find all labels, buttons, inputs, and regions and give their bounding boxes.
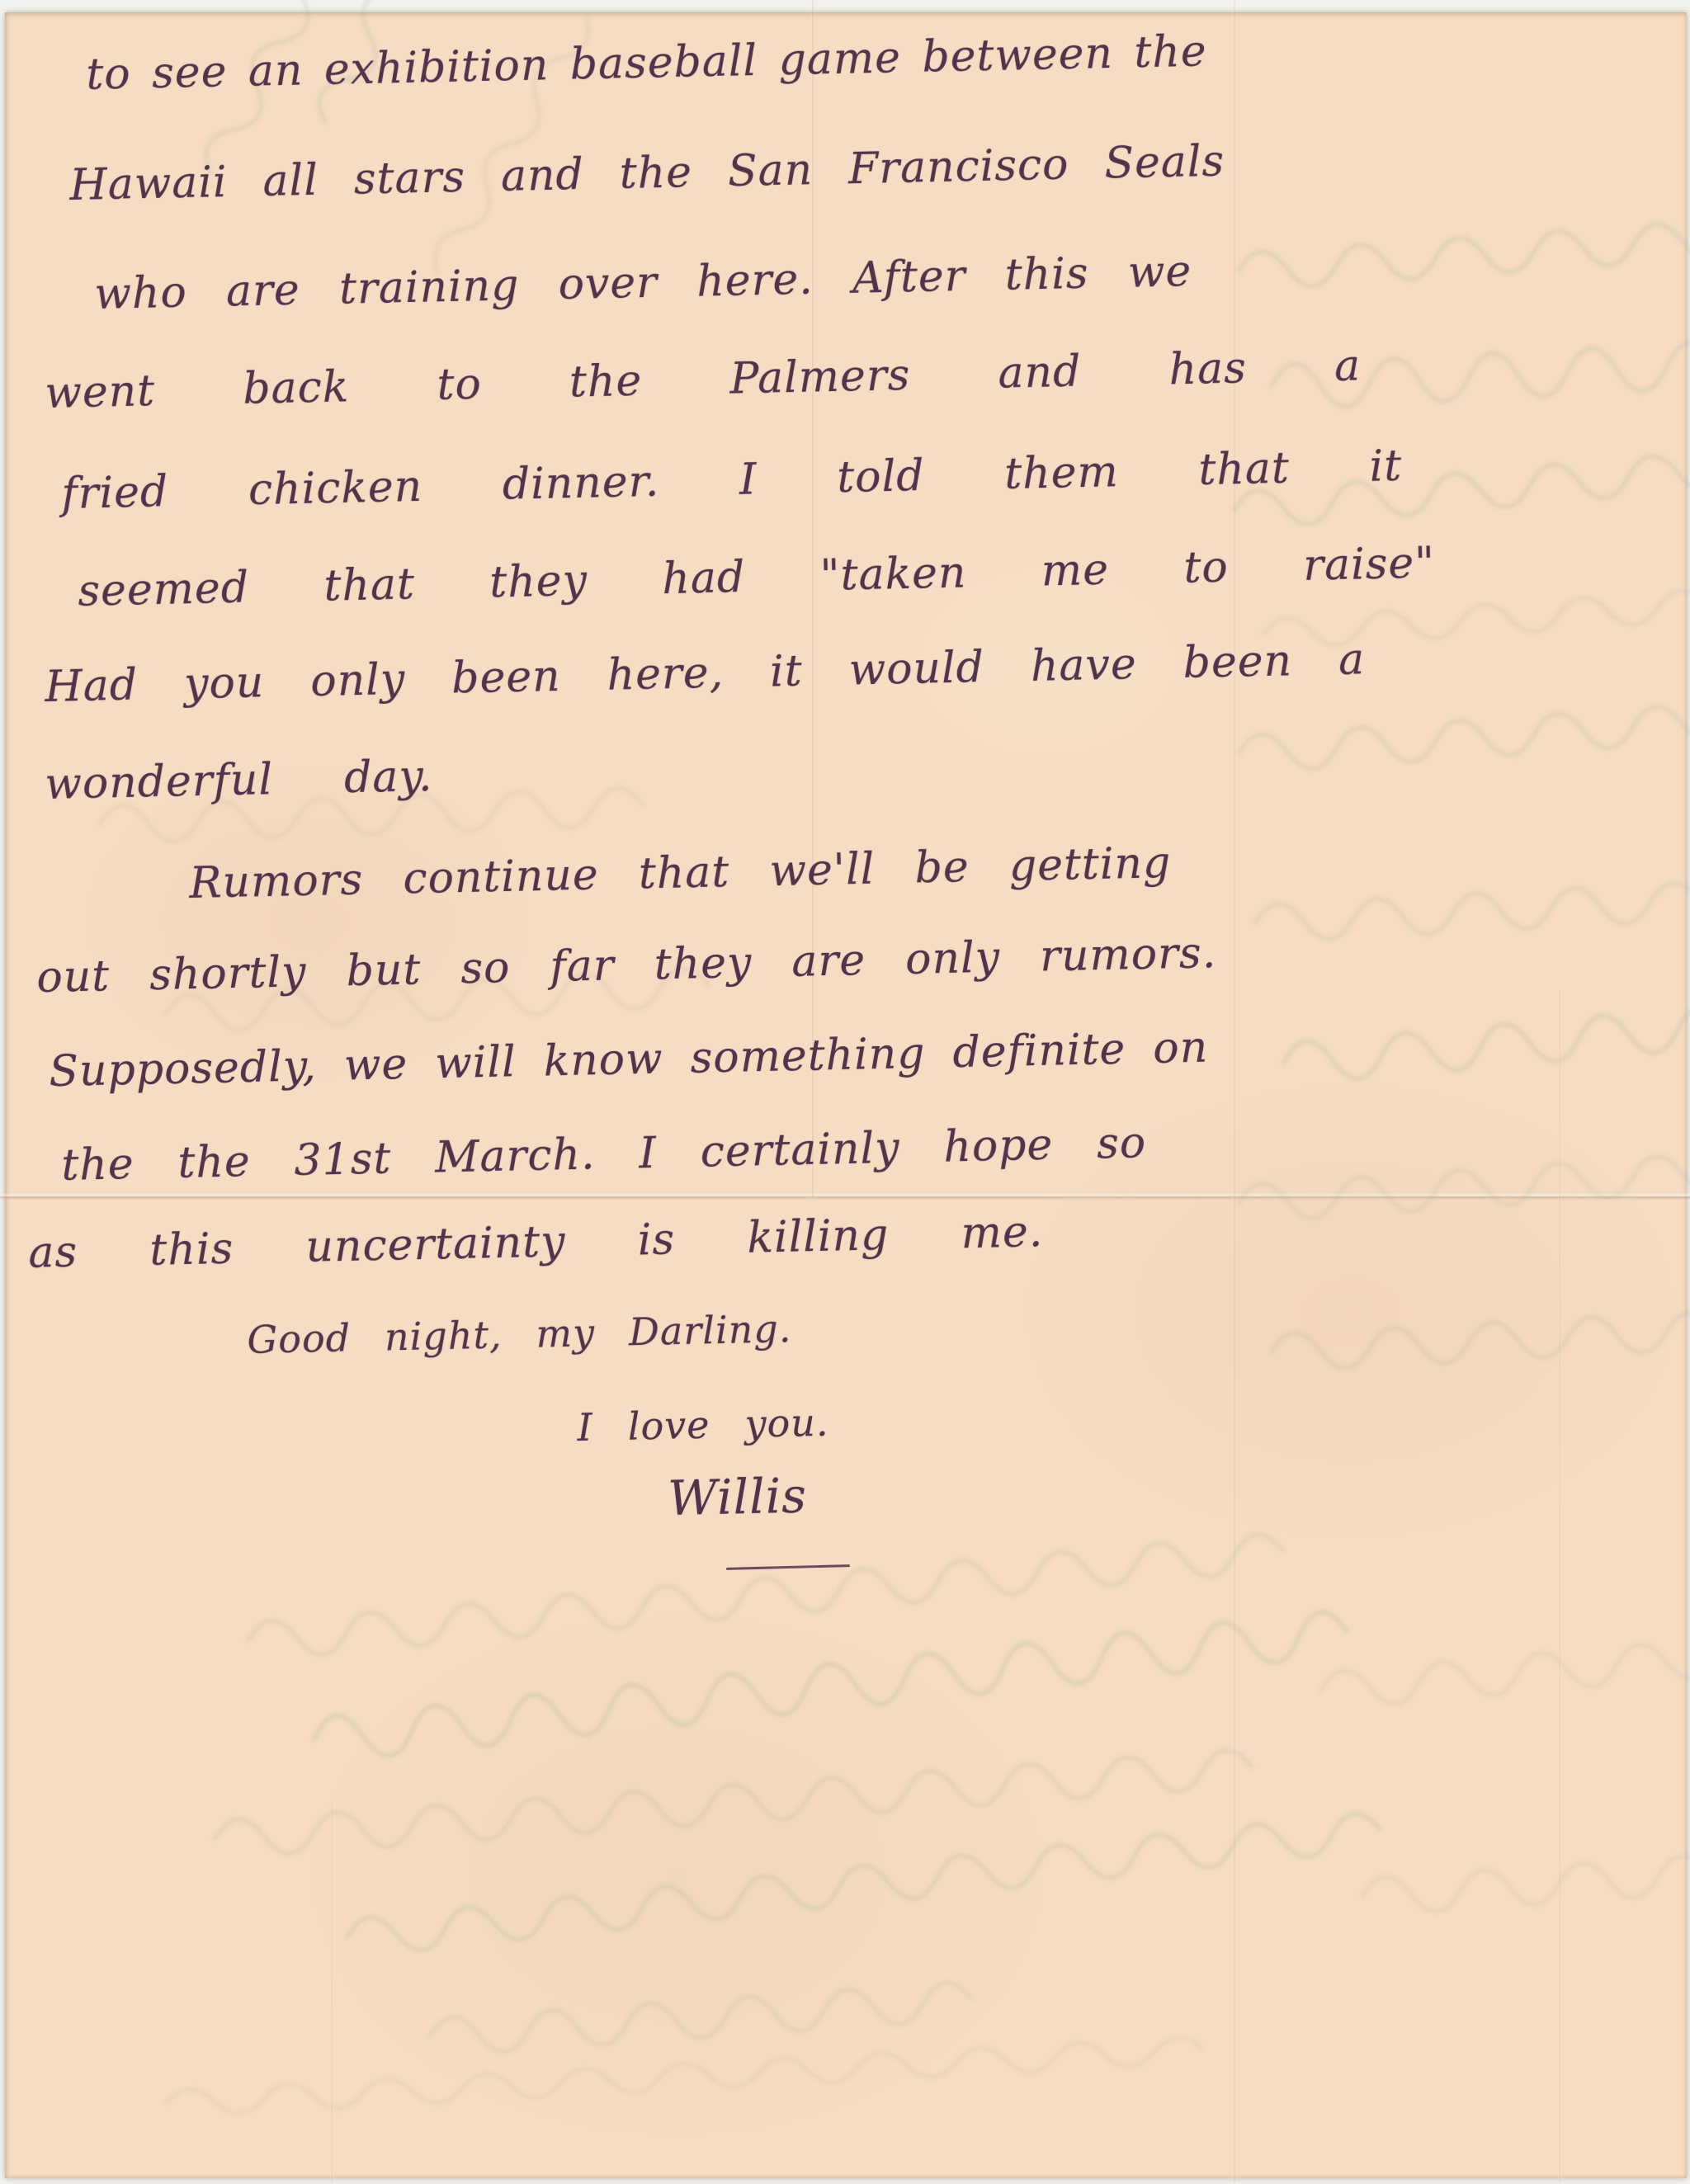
letter-paper bbox=[5, 12, 1687, 2178]
closing-line: Good night, my Darling. bbox=[247, 1309, 792, 1360]
letter-line: wonderful day. bbox=[45, 754, 433, 807]
scanned-letter-page: to see an exhibition baseball game betwe… bbox=[0, 0, 1690, 2184]
paper-texture bbox=[5, 12, 1687, 2178]
signature: Willis bbox=[668, 1469, 858, 1524]
closing-line: I love you. bbox=[577, 1403, 829, 1448]
